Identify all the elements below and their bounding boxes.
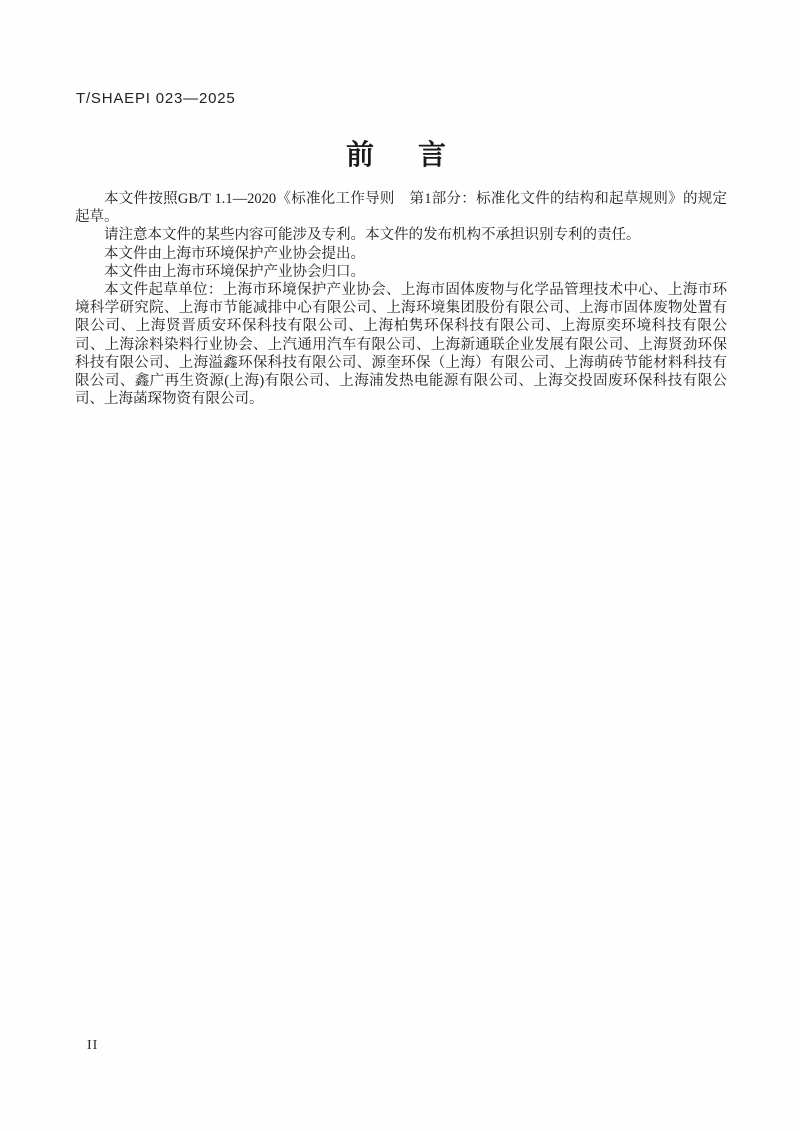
paragraph-proposed-by: 本文件由上海市环境保护产业协会提出。 — [75, 245, 727, 263]
page-title: 前 言 — [0, 133, 800, 173]
standard-code: T/SHAEPI 023—2025 — [76, 90, 236, 107]
paragraph-patent-notice: 请注意本文件的某些内容可能涉及专利。本文件的发布机构不承担识别专利的责任。 — [75, 226, 727, 244]
paragraph-managed-by: 本文件由上海市环境保护产业协会归口。 — [75, 263, 727, 281]
paragraph-drafting-rules: 本文件按照GB/T 1.1—2020《标准化工作导则 第1部分：标准化文件的结构… — [75, 190, 727, 226]
paragraph-drafting-organizations: 本文件起草单位：上海市环境保护产业协会、上海市固体废物与化学品管理技术中心、上海… — [75, 281, 727, 408]
foreword-body: 本文件按照GB/T 1.1—2020《标准化工作导则 第1部分：标准化文件的结构… — [75, 190, 727, 408]
document-page: T/SHAEPI 023—2025 前 言 本文件按照GB/T 1.1—2020… — [0, 0, 800, 1131]
page-number: II — [87, 1038, 98, 1054]
